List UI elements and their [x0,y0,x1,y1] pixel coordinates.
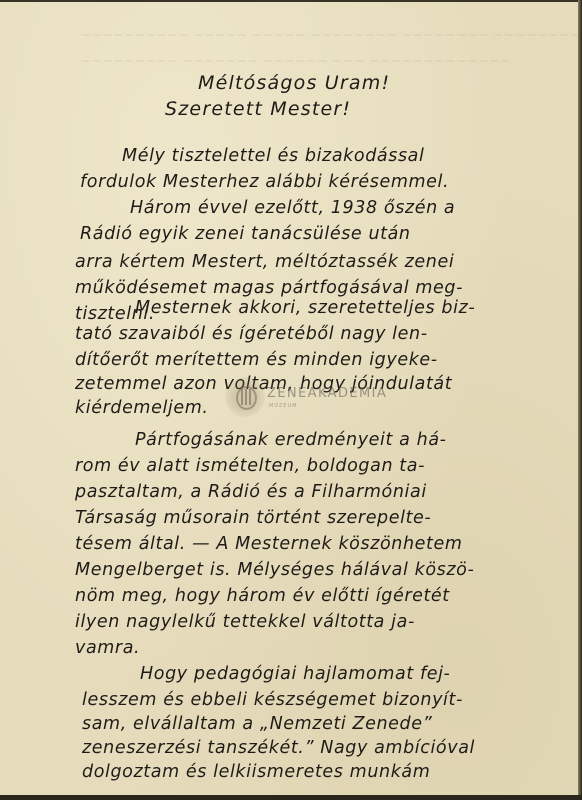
body-line: Pártfogásának eredményeit a há- [135,430,447,450]
body-line: Mesternek akkori, szeretetteljes biz- [135,298,475,318]
scan-border-bottom [0,795,582,800]
body-line: sam, elvállaltam a „Nemzeti Zenede” [82,714,432,734]
body-line: kiérdemeljem. [75,398,209,418]
salutation-line-2: Szeretett Mester! [165,98,351,120]
letter-page: ~~~~~~~~~~ ~~~~~ ~~~~~ ~~~~~~~~ ~~~~~~~~… [0,2,578,795]
body-line: működésemet magas pártfogásával meg- [75,278,463,298]
body-line: lesszem és ebbeli készségemet bizonyít- [82,690,463,710]
watermark-subtitle: MÚZEUM [269,403,297,409]
body-line: ilyen nagylelkű tettekkel váltotta ja- [75,612,415,632]
bleed-through-text: ~~~~~~~~~ ~~~~~~~ ~~~~~~ ~~~ ~~~~~~~~~~~… [80,54,510,69]
scan-border-top [0,0,582,2]
bleed-through-text: ~~~~~~~~~~ ~~~~~ ~~~~~ ~~~~~~~~ ~~~~~~~~… [80,28,578,43]
body-line: dítőerőt merítettem és minden igyeke- [75,350,438,370]
body-line: dolgoztam és lelkiismeretes munkám [82,762,430,782]
scan-border-right [578,0,582,800]
body-line: rom év alatt ismételten, boldogan ta- [75,456,425,476]
body-line: Mengelberget is. Mélységes hálával köszö… [75,560,474,580]
body-line: arra kértem Mestert, méltóztassék zenei [75,252,454,272]
body-line: zeneszerzési tanszékét.” Nagy ambícióval [82,738,475,758]
body-line: Rádió egyik zenei tanácsülése után [80,224,411,244]
body-line: zetemmel azon voltam, hogy jóindulatát [75,374,452,394]
body-line: Mély tisztelettel és bizakodással [122,146,424,166]
body-line: Három évvel ezelőtt, 1938 őszén a [130,198,455,218]
body-line: nöm meg, hogy három év előtti ígéretét [75,586,450,606]
body-line: tató szavaiból és ígéretéből nagy len- [75,324,428,344]
body-line: Társaság műsorain történt szerepelte- [75,508,431,528]
salutation-line-1: Méltóságos Uram! [198,72,390,94]
body-line: tésem által. — A Mesternek köszönhetem [75,534,463,554]
body-line: pasztaltam, a Rádió és a Filharmóniai [75,482,427,502]
body-line: vamra. [75,638,140,658]
body-line: fordulok Mesterhez alábbi kérésemmel. [80,172,449,192]
body-line: Hogy pedagógiai hajlamomat fej- [140,664,450,684]
